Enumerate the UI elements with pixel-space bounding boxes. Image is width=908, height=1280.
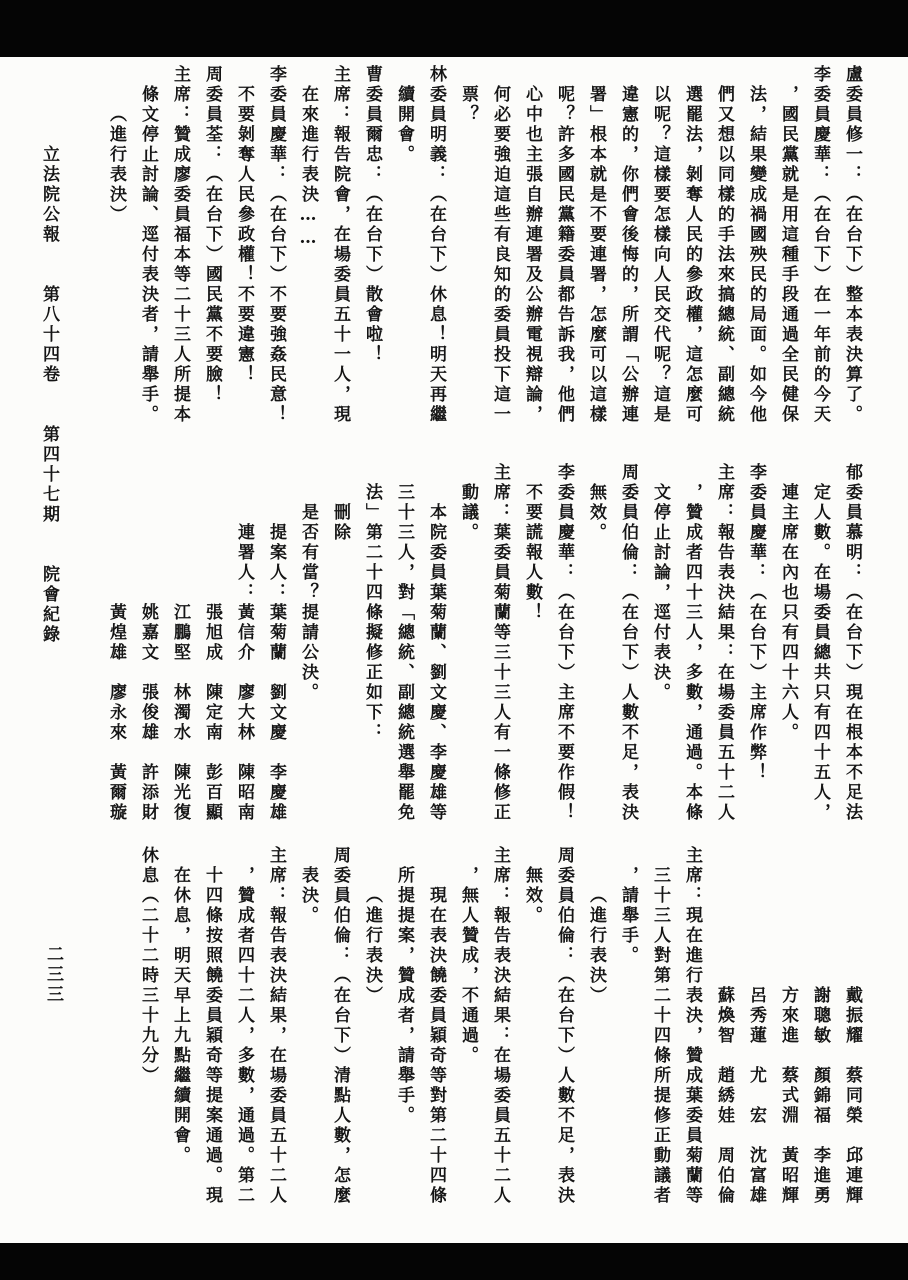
cosigner-column: 張旭成 陳定南 彭百顯 [203, 603, 220, 847]
page-sheet: 立法院公報 第八十四卷 第四十七期 院會紀錄 二三三 盧委員修一：（在台下）整本… [0, 57, 908, 1243]
text-column: 主席：報告表決結果：在場委員五十二人 [715, 463, 732, 847]
journal-header: 立法院公報 第八十四卷 第四十七期 院會紀錄 [40, 145, 57, 705]
text-column: ，國民黨就是用這種手段通過全民健保 [779, 85, 796, 465]
text-column: 表決。 [299, 866, 316, 1276]
cosigner-column: 方來進 蔡式淵 黃昭輝 [779, 986, 796, 1276]
cosigner-column: 江鵬堅 林濁水 陳光復 [171, 603, 188, 847]
motion-text-column: 刪除 [331, 503, 348, 847]
text-column: 在休息，明天早上九點繼續開會。 [171, 866, 188, 1276]
recess-note: 休息（二十二時三十九分） [139, 846, 156, 1276]
cosigner-column: 謝聰敏 顏錦福 李進勇 [811, 986, 828, 1276]
text-column: 條文停止討論、逕付表決者，請舉手。 [139, 85, 156, 465]
cosigner-column: 呂秀蓮 尤 宏 沈富雄 [747, 986, 764, 1276]
text-column: ，贊成者四十三人，多數，通過。本條 [683, 483, 700, 847]
text-column: 李委員慶華：（在台下）主席作弊！ [747, 463, 764, 847]
stage-direction: （進行表決） [107, 105, 124, 465]
cosigner-column: 連署人：黃信介 廖大林 陳昭南 [235, 523, 252, 847]
text-column: 主席：現在進行表決，贊成葉委員菊蘭等 [683, 846, 700, 1276]
text-column: 續開會。 [395, 85, 412, 465]
motion-text-column: 是否有當？提請公決。 [299, 503, 316, 847]
text-column: 不要剝奪人民參政權！不要違憲！ [235, 85, 252, 465]
text-column: 周委員伯倫：（在台下）人數不足，表決 [619, 463, 636, 847]
text-column: 文停止討論，逕付表決。 [651, 483, 668, 847]
motion-text-column: 三十三人，對「總統、副總統選舉罷免 [395, 483, 412, 847]
text-column: ，請舉手。 [619, 866, 636, 1276]
text-column: 李委員慶華：（在台下）不要強姦民意！ [267, 65, 284, 465]
text-column: 主席：報告院會，在場委員五十一人，現 [331, 65, 348, 465]
page-number: 二三三 [44, 945, 61, 1035]
text-column: 主席：報告表決結果：在場委員五十二人 [491, 846, 508, 1276]
text-column: 李委員慶華：（在台下）主席不要作假！ [555, 463, 572, 847]
text-column: 十四條按照饒委員穎奇等提案通過。現 [203, 866, 220, 1276]
text-column: 違憲的，你們會後悔的，所謂「公辦連 [619, 85, 636, 465]
text-column: 周委員伯倫：（在台下）人數不足，表決 [555, 846, 572, 1276]
text-column: 現在表決饒委員穎奇等對第二十四條 [427, 886, 444, 1276]
text-column: 李委員慶華：（在台下）在一年前的今天 [811, 65, 828, 465]
motion-text-column: 法」第二十四條擬修正如下： [363, 483, 380, 847]
text-column: 盧委員修一：（在台下）整本表決算了。 [843, 65, 860, 465]
stage-direction: （進行表決） [587, 886, 604, 1276]
text-column: 所提提案，贊成者，請舉手。 [395, 866, 412, 1276]
text-column: 主席：報告表決結果，在場委員五十二人 [267, 846, 284, 1276]
text-column: 動議。 [459, 483, 476, 847]
text-column: 們又想以同樣的手法來搞總統、副總統 [715, 85, 732, 465]
text-column: 三十三人對第二十四條所提修正動議者 [651, 866, 668, 1276]
text-column: 票？ [459, 85, 476, 465]
text-column: 林委員明義：（在台下）休息！明天再繼 [427, 65, 444, 465]
text-block-2: 郁委員慕明：（在台下）現在根本不足法 定人數。在場委員總共只有四十五人， 連主席… [92, 463, 860, 847]
text-column: 署」根本就是不要連署，怎麼可以這樣 [587, 85, 604, 465]
text-column: 法，結果變成禍國殃民的局面。如今他 [747, 85, 764, 465]
proposer-column: 提案人：葉菊蘭 劉文慶 李慶雄 [267, 523, 284, 847]
text-column: 周委員伯倫：（在台下）清點人數，怎麼 [331, 846, 348, 1276]
cosigner-column: 蘇煥智 趙綉娃 周伯倫 [715, 986, 732, 1276]
text-column: 連主席在內也只有四十六人。 [779, 483, 796, 847]
cosigner-column: 姚嘉文 張俊雄 許添財 [139, 603, 156, 847]
text-column: 主席：葉委員菊蘭等三十三人有一條修正 [491, 463, 508, 847]
text-column: 不要謊報人數！ [523, 483, 540, 847]
text-column: 無效。 [587, 483, 604, 847]
text-column: 曹委員爾忠：（在台下）散會啦！ [363, 65, 380, 465]
text-column: 呢？許多國民黨籍委員都告訴我，他們 [555, 85, 572, 465]
text-column: 以呢？這樣要怎樣向人民交代呢？這是 [651, 85, 668, 465]
text-column: ，無人贊成，不通過。 [459, 866, 476, 1276]
text-column: 定人數。在場委員總共只有四十五人， [811, 483, 828, 847]
text-block-3: 戴振耀 蔡同榮 邱連輝 謝聰敏 顏錦福 李進勇 方來進 蔡式淵 黃昭輝 呂秀蓮 … [124, 846, 860, 1276]
text-column: 郁委員慕明：（在台下）現在根本不足法 [843, 463, 860, 847]
text-column: 選罷法，剝奪人民的參政權，這怎麼可 [683, 85, 700, 465]
cosigner-column: 戴振耀 蔡同榮 邱連輝 [843, 986, 860, 1276]
scan-border-top [0, 0, 908, 57]
text-column: 何必要強迫這些有良知的委員投下這一 [491, 85, 508, 465]
text-column: 周委員荃：（在台下）國民黨不要臉！ [203, 65, 220, 465]
cosigner-column: 黃煌雄 廖永來 黃爾璇 [107, 603, 124, 847]
motion-text-column: 本院委員葉菊蘭、劉文慶、李慶雄等 [427, 503, 444, 847]
text-column: 在來進行表決…… [299, 85, 316, 465]
text-block-1: 盧委員修一：（在台下）整本表決算了。 李委員慶華：（在台下）在一年前的今天 ，國… [92, 65, 860, 465]
text-column: 主席：贊成廖委員福本等二十三人所提本 [171, 65, 188, 465]
text-column: 無效。 [523, 866, 540, 1276]
scanned-gazette-page: { "page": { "side_title": "立法院公報 第八十四卷 第… [0, 0, 908, 1280]
text-column: 心中也主張自辦連署及公辦電視辯論， [523, 85, 540, 465]
text-column: ，贊成者四十二人，多數，通過。第二 [235, 866, 252, 1276]
stage-direction: （進行表決） [363, 886, 380, 1276]
